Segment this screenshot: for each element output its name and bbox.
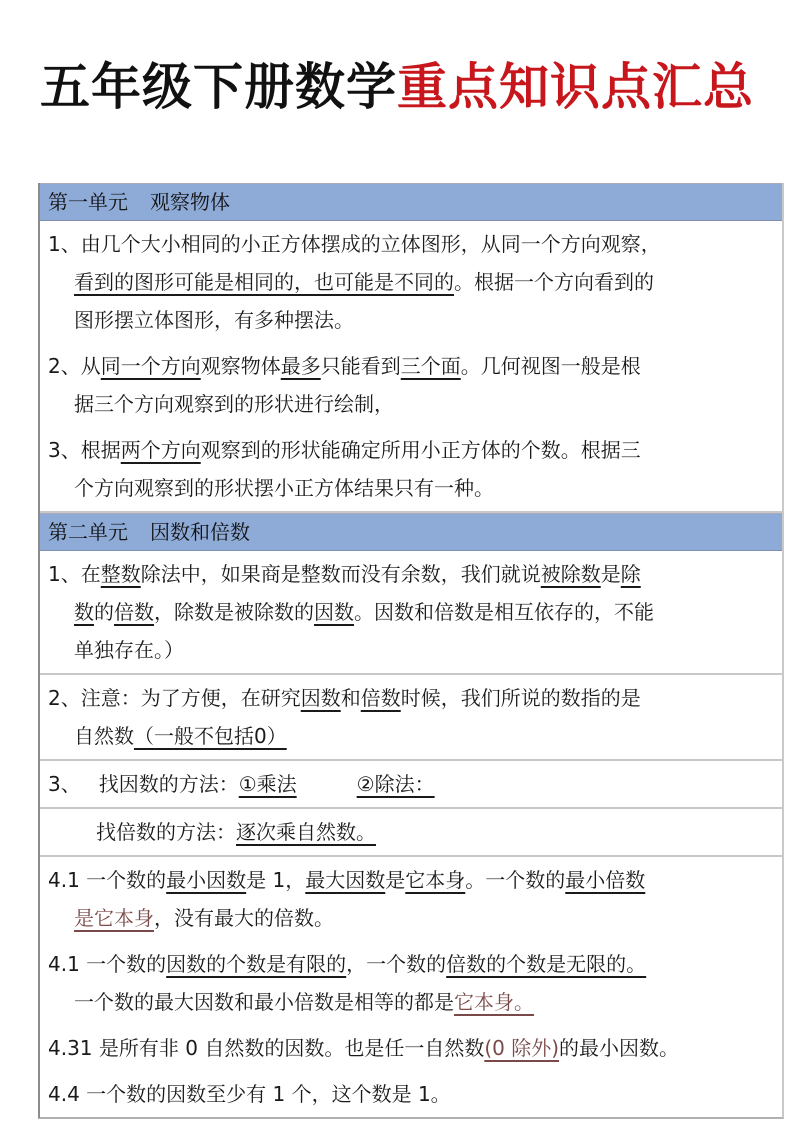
text-line: 4.31 是所有非 0 自然数的因数。也是任一自然数(0 除外)的最小因数。 xyxy=(48,1029,774,1067)
unit-2-item-4-1a: 4.1 一个数的最小因数是 1，最大因数是它本身。一个数的最小倍数 是它本身，没… xyxy=(40,857,782,941)
text: 。一个数的 xyxy=(465,868,565,892)
text: 4.1 一个数的 xyxy=(48,952,166,976)
text: 。几何视图一般是根 xyxy=(461,354,641,378)
text-line: 找倍数的方法：逐次乘自然数。 xyxy=(48,813,774,851)
underlined-text: 它本身 xyxy=(405,868,465,892)
unit-1-item-1: 1、由几个大小相同的小正方体摆成的立体图形，从同一个方向观察， 看到的图形可能是… xyxy=(40,221,782,343)
unit-2-header: 第二单元因数和倍数 xyxy=(40,513,782,551)
text-line: 据三个方向观察到的形状进行绘制， xyxy=(48,385,774,423)
text-line: 图形摆立体图形，有多种摆法。 xyxy=(48,301,774,339)
text: 1、由几个大小相同的小正方体摆成的立体图形，从同一个方向观察， xyxy=(48,232,661,256)
text-line: 1、在整数除法中，如果商是整数而没有余数，我们就说被除数是除 xyxy=(48,555,774,593)
underlined-text: 是它本身 xyxy=(74,906,154,930)
text-line: 3、根据两个方向观察到的形状能确定所用小正方体的个数。根据三 xyxy=(48,431,774,469)
underlined-text: 倍数 xyxy=(114,600,154,624)
text-line: 一个数的最大因数和最小倍数是相等的都是它本身。 xyxy=(48,983,774,1021)
unit-number: 第二单元 xyxy=(48,520,128,544)
text: 的 xyxy=(94,600,114,624)
text: 自然数 xyxy=(74,724,134,748)
underlined-text: 两个方向 xyxy=(121,438,201,462)
text-line: 2、从同一个方向观察物体最多只能看到三个面。几何视图一般是根 xyxy=(48,347,774,385)
unit-1-item-2: 2、从同一个方向观察物体最多只能看到三个面。几何视图一般是根 据三个方向观察到的… xyxy=(40,343,782,427)
underlined-text: 同一个方向 xyxy=(101,354,201,378)
unit-1-header: 第一单元观察物体 xyxy=(40,183,782,221)
text: 2、从 xyxy=(48,354,101,378)
text-line: 4.1 一个数的因数的个数是有限的，一个数的倍数的个数是无限的。 xyxy=(48,945,774,983)
unit-2-item-3: 3、找因数的方法：①乘法②除法： xyxy=(40,761,782,809)
text-line: 个方向观察到的形状摆小正方体结果只有一种。 xyxy=(48,469,774,507)
underlined-text: （一般不包括0） xyxy=(134,724,287,748)
underlined-text: 最大因数 xyxy=(305,868,385,892)
text-line: 4.4 一个数的因数至少有 1 个，这个数是 1。 xyxy=(48,1075,774,1113)
unit-2-item-1: 1、在整数除法中，如果商是整数而没有余数，我们就说被除数是除 数的倍数，除数是被… xyxy=(40,551,782,675)
text: 据三个方向观察到的形状进行绘制， xyxy=(74,392,394,416)
text: 的最小因数。 xyxy=(559,1036,679,1060)
title-black-part: 五年级下册数学 xyxy=(40,58,397,116)
title-red-part: 重点知识点汇总 xyxy=(397,58,754,116)
text: 4.1 一个数的 xyxy=(48,868,166,892)
text: 3、 xyxy=(48,772,81,796)
underlined-text: 倍数的个数是无限的。 xyxy=(446,952,646,976)
underlined-text: 因数的个数是有限的 xyxy=(166,952,346,976)
text-line: 3、找因数的方法：①乘法②除法： xyxy=(48,765,774,803)
text: 是 1， xyxy=(246,868,305,892)
underlined-text: 最小倍数 xyxy=(565,868,645,892)
text: ，一个数的 xyxy=(346,952,446,976)
knowledge-sheet: 第一单元观察物体 1、由几个大小相同的小正方体摆成的立体图形，从同一个方向观察，… xyxy=(38,183,784,1119)
unit-2-item-4-4: 4.4 一个数的因数至少有 1 个，这个数是 1。 xyxy=(40,1071,782,1117)
text: 时候，我们所说的数指的是 xyxy=(401,686,641,710)
text: 除法中，如果商是整数而没有余数，我们就说 xyxy=(141,562,541,586)
underlined-text: ②除法： xyxy=(357,772,435,796)
underlined-text: 它本身。 xyxy=(454,990,534,1014)
text: ，除数是被除数的 xyxy=(154,600,314,624)
text: 1、在 xyxy=(48,562,101,586)
text-line: 看到的图形可能是相同的，也可能是不同的。根据一个方向看到的 xyxy=(48,263,774,301)
underlined-text: 看到的图形可能是相同的，也可能是不同的 xyxy=(74,270,454,294)
underlined-text: 除 xyxy=(621,562,641,586)
text-line: 数的倍数，除数是被除数的因数。因数和倍数是相互依存的，不能 xyxy=(48,593,774,631)
text: ，没有最大的倍数。 xyxy=(154,906,334,930)
underlined-text: 逐次乘自然数。 xyxy=(236,820,376,844)
underlined-text: 三个面 xyxy=(401,354,461,378)
text: 是 xyxy=(601,562,621,586)
underlined-text: 因数 xyxy=(314,600,354,624)
underlined-text: 倍数 xyxy=(361,686,401,710)
underlined-text: ①乘法 xyxy=(239,772,297,796)
text: 观察物体 xyxy=(201,354,281,378)
underlined-text: 数 xyxy=(74,600,94,624)
text-line: 4.1 一个数的最小因数是 1，最大因数是它本身。一个数的最小倍数 xyxy=(48,861,774,899)
unit-2-item-4-31: 4.31 是所有非 0 自然数的因数。也是任一自然数(0 除外)的最小因数。 xyxy=(40,1025,782,1071)
text: 个方向观察到的形状摆小正方体结果只有一种。 xyxy=(74,476,494,500)
text: 一个数的最大因数和最小倍数是相等的都是 xyxy=(74,990,454,1014)
underlined-text: 因数 xyxy=(301,686,341,710)
text-line: 2、注意：为了方便，在研究因数和倍数时候，我们所说的数指的是 xyxy=(48,679,774,717)
unit-number: 第一单元 xyxy=(48,190,128,214)
unit-2-item-3b: 找倍数的方法：逐次乘自然数。 xyxy=(40,809,782,857)
text-line: 是它本身，没有最大的倍数。 xyxy=(48,899,774,937)
underlined-text: 被除数 xyxy=(541,562,601,586)
text: 2、注意：为了方便，在研究 xyxy=(48,686,301,710)
page-title: 五年级下册数学重点知识点汇总 xyxy=(40,52,780,122)
text: 图形摆立体图形，有多种摆法。 xyxy=(74,308,354,332)
unit-name: 因数和倍数 xyxy=(150,520,250,544)
underlined-text: 最小因数 xyxy=(166,868,246,892)
text: 4.4 一个数的因数至少有 1 个，这个数是 1。 xyxy=(48,1082,451,1106)
text-line: 1、由几个大小相同的小正方体摆成的立体图形，从同一个方向观察， xyxy=(48,225,774,263)
underlined-text: (0 除外) xyxy=(484,1036,559,1060)
text: 3、根据 xyxy=(48,438,121,462)
text-line: 自然数（一般不包括0） xyxy=(48,717,774,755)
underlined-text: 最多 xyxy=(281,354,321,378)
unit-name: 观察物体 xyxy=(150,190,230,214)
text: 找因数的方法： xyxy=(99,772,239,796)
unit-1-item-3: 3、根据两个方向观察到的形状能确定所用小正方体的个数。根据三 个方向观察到的形状… xyxy=(40,427,782,513)
text-line: 单独存在。） xyxy=(48,631,774,669)
text: 找倍数的方法： xyxy=(96,820,236,844)
text: 。根据一个方向看到的 xyxy=(454,270,654,294)
text: 是 xyxy=(385,868,405,892)
text: 观察到的形状能确定所用小正方体的个数。根据三 xyxy=(201,438,641,462)
text: 和 xyxy=(341,686,361,710)
text: 。因数和倍数是相互依存的，不能 xyxy=(354,600,654,624)
unit-2-item-4-1b: 4.1 一个数的因数的个数是有限的，一个数的倍数的个数是无限的。 一个数的最大因… xyxy=(40,941,782,1025)
text: 4.31 是所有非 0 自然数的因数。也是任一自然数 xyxy=(48,1036,484,1060)
text: 单独存在。） xyxy=(74,638,184,662)
underlined-text: 整数 xyxy=(101,562,141,586)
text: 只能看到 xyxy=(321,354,401,378)
unit-2-item-2: 2、注意：为了方便，在研究因数和倍数时候，我们所说的数指的是 自然数（一般不包括… xyxy=(40,675,782,761)
